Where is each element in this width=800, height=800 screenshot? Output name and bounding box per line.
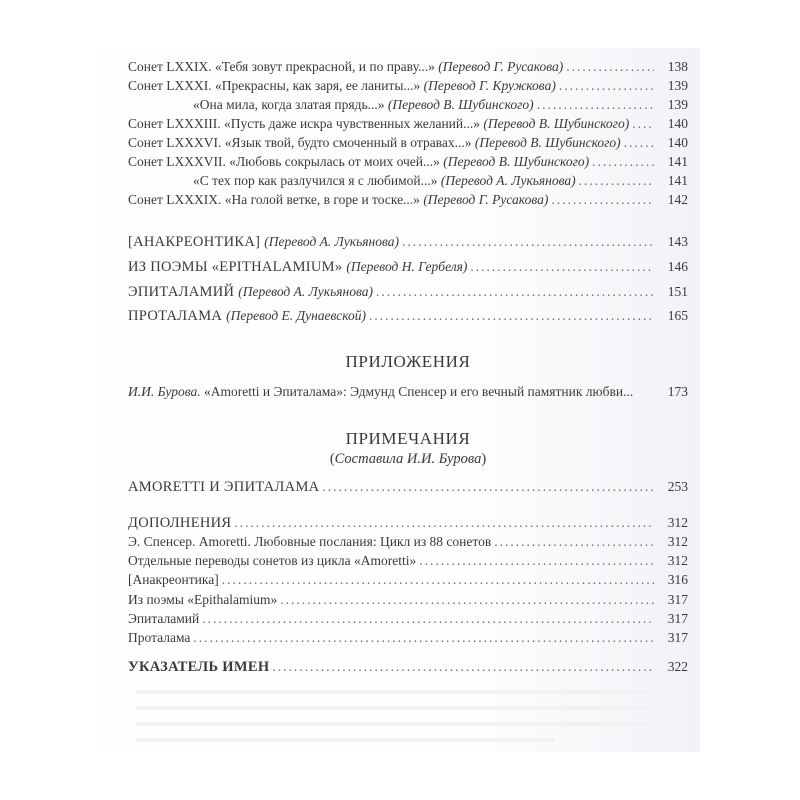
- toc-entry[interactable]: «С тех пор как разлучился я с любимой...…: [128, 172, 688, 190]
- sonnet-number: Сонет LXXXVI.: [128, 135, 225, 150]
- toc-entry[interactable]: Эпиталамий 317: [128, 610, 688, 628]
- page-number: 140: [660, 134, 688, 152]
- toc-entry[interactable]: Из поэмы «Epithalamium» 317: [128, 591, 688, 609]
- sonnet-number: Сонет LXXXI.: [128, 78, 215, 93]
- leader-dots: [559, 77, 654, 95]
- page-number: 173: [660, 383, 688, 401]
- page-number: 146: [660, 258, 688, 276]
- entry-title: УКАЗАТЕЛЬ ИМЕН: [128, 658, 269, 676]
- toc-entry[interactable]: Проталама 317: [128, 629, 688, 647]
- bleed-through-line: [135, 722, 655, 726]
- translator: (Перевод В. Шубинского): [388, 97, 534, 112]
- leader-dots: [632, 115, 654, 133]
- leader-dots: [592, 153, 654, 171]
- entry-title: AMORETTI И ЭПИТАЛАМА: [128, 478, 319, 496]
- toc-entry[interactable]: «Она мила, когда златая прядь...» (Перев…: [128, 96, 688, 114]
- leader-dots: [369, 307, 654, 325]
- page-number: 151: [660, 283, 688, 301]
- leader-dots: [193, 629, 654, 647]
- entry-title: «Пусть даже искра чувственных желаний...…: [224, 116, 483, 131]
- entry-title: ДОПОЛНЕНИЯ: [128, 514, 231, 532]
- toc-entry[interactable]: ЭПИТАЛАМИЙ (Перевод А. Лукьянова) 151: [128, 283, 688, 301]
- translator: (Перевод А. Лукьянова): [238, 284, 373, 299]
- section-heading-notes: ПРИМЕЧАНИЯ: [128, 429, 688, 449]
- leader-dots: [222, 571, 654, 589]
- leader-dots: [537, 96, 654, 114]
- translator: (Перевод Г. Русакова): [438, 59, 563, 74]
- entry-title: Эпиталамий: [128, 610, 199, 628]
- entry-title: ЭПИТАЛАМИЙ: [128, 284, 238, 300]
- translator: (Перевод Н. Гербеля): [346, 259, 467, 274]
- leader-dots: [280, 591, 654, 609]
- author: И.И. Бурова.: [128, 384, 204, 399]
- section-heading-appendix: ПРИЛОЖЕНИЯ: [128, 352, 688, 372]
- leader-dots: [579, 172, 654, 190]
- page-number: 139: [660, 96, 688, 114]
- page-number: 141: [660, 172, 688, 190]
- entry-title: «Прекрасны, как заря, ее ланиты...»: [215, 78, 424, 93]
- page-number: 140: [660, 115, 688, 133]
- toc-entry[interactable]: Сонет LXXIX. «Тебя зовут прекрасной, и п…: [128, 58, 688, 76]
- compiler-name: Составила И.И. Бурова: [335, 451, 482, 467]
- page-number: 165: [660, 307, 688, 325]
- page-number: 142: [660, 191, 688, 209]
- toc-entry[interactable]: ПРОТАЛАМА (Перевод Е. Дунаевской) 165: [128, 307, 688, 325]
- page-number: 312: [660, 514, 688, 532]
- toc-entry[interactable]: [Анакреонтика] 316: [128, 571, 688, 589]
- leader-dots: [402, 233, 654, 251]
- entry-title: «На голой ветке, в горе и тоске...»: [225, 192, 424, 207]
- page-number: 322: [660, 658, 688, 676]
- entry-title: [Анакреонтика]: [128, 571, 219, 589]
- translator: (Перевод Г. Кружкова): [424, 78, 556, 93]
- notes-compiler: (Составила И.И. Бурова): [128, 451, 688, 468]
- toc-entry[interactable]: Сонет LXXXI. «Прекрасны, как заря, ее ла…: [128, 77, 688, 95]
- translator: (Перевод В. Шубинского): [443, 154, 589, 169]
- sonnet-number: Сонет LXXXIX.: [128, 192, 225, 207]
- leader-dots: [551, 191, 654, 209]
- entry-title: Из поэмы «Epithalamium»: [128, 591, 277, 609]
- page-number: 139: [660, 77, 688, 95]
- toc-entry[interactable]: Сонет LXXXVII. «Любовь сокрылась от моих…: [128, 153, 688, 171]
- leader-dots: [470, 258, 654, 276]
- leader-dots: [322, 478, 654, 496]
- toc-entry[interactable]: И.И. Бурова. «Amoretti и Эпиталама»: Эдм…: [128, 383, 688, 401]
- entry-title: ИЗ ПОЭМЫ «EPITHALAMIUM»: [128, 259, 346, 275]
- sonnet-number: Сонет LXXIX.: [128, 59, 215, 74]
- translator: (Перевод В. Шубинского): [483, 116, 629, 131]
- page-number: 253: [660, 478, 688, 496]
- toc-entry[interactable]: ДОПОЛНЕНИЯ 312: [128, 514, 688, 532]
- entry-title: ПРОТАЛАМА: [128, 308, 226, 324]
- page-number: 141: [660, 153, 688, 171]
- page-number: 312: [660, 552, 688, 570]
- entry-title: [АНАКРЕОНТИКА]: [128, 234, 264, 250]
- sonnet-number: Сонет LXXXVII.: [128, 154, 229, 169]
- leader-dots: [419, 552, 654, 570]
- page-number: 143: [660, 233, 688, 251]
- entry-title: Отдельные переводы сонетов из цикла «Amo…: [128, 552, 416, 570]
- translator: (Перевод В. Шубинского): [475, 135, 621, 150]
- toc-entry[interactable]: Э. Спенсер. Amoretti. Любовные послания:…: [128, 533, 688, 551]
- page-number: 138: [660, 58, 688, 76]
- entry-title: «Любовь сокрылась от моих очей...»: [229, 154, 443, 169]
- entry-title: «С тех пор как разлучился я с любимой...…: [193, 173, 441, 188]
- toc-entry[interactable]: [АНАКРЕОНТИКА] (Перевод А. Лукьянова) 14…: [128, 233, 688, 251]
- toc-entry[interactable]: УКАЗАТЕЛЬ ИМЕН 322: [128, 658, 688, 676]
- leader-dots: [272, 658, 654, 676]
- entry-title: «Язык твой, будто смоченный в отравах...…: [225, 135, 475, 150]
- bleed-through-line: [135, 690, 655, 694]
- translator: (Перевод Е. Дунаевской): [226, 308, 366, 323]
- page-number: 312: [660, 533, 688, 551]
- toc-entry[interactable]: ИЗ ПОЭМЫ «EPITHALAMIUM» (Перевод Н. Герб…: [128, 258, 688, 276]
- leader-dots: [494, 533, 654, 551]
- toc-entry[interactable]: Сонет LXXXIII. «Пусть даже искра чувстве…: [128, 115, 688, 133]
- entry-title: Э. Спенсер. Amoretti. Любовные послания:…: [128, 533, 491, 551]
- page-number: 317: [660, 610, 688, 628]
- translator: (Перевод Г. Русакова): [423, 192, 548, 207]
- paren: ): [481, 451, 486, 467]
- toc-entry[interactable]: Отдельные переводы сонетов из цикла «Amo…: [128, 552, 688, 570]
- toc-entry[interactable]: Сонет LXXXIX. «На голой ветке, в горе и …: [128, 191, 688, 209]
- toc-entry[interactable]: AMORETTI И ЭПИТАЛАМА 253: [128, 478, 688, 496]
- leader-dots: [624, 134, 654, 152]
- page-number: 317: [660, 629, 688, 647]
- entry-title: «Тебя зовут прекрасной, и по праву...»: [215, 59, 438, 74]
- bleed-through-line: [135, 738, 555, 742]
- bleed-through-line: [135, 706, 655, 710]
- sonnet-number: Сонет LXXXIII.: [128, 116, 224, 131]
- page-number: 317: [660, 591, 688, 609]
- leader-dots: [566, 58, 654, 76]
- page-number: 316: [660, 571, 688, 589]
- entry-title: «Она мила, когда златая прядь...»: [193, 97, 388, 112]
- toc-entry[interactable]: Сонет LXXXVI. «Язык твой, будто смоченны…: [128, 134, 688, 152]
- translator: (Перевод А. Лукьянова): [441, 173, 576, 188]
- entry-title: «Amoretti и Эпиталама»: Эдмунд Спенсер и…: [204, 384, 633, 399]
- translator: (Перевод А. Лукьянова): [264, 234, 399, 249]
- leader-dots: [234, 514, 654, 532]
- leader-dots: [376, 283, 654, 301]
- entry-title: Проталама: [128, 629, 190, 647]
- leader-dots: [202, 610, 654, 628]
